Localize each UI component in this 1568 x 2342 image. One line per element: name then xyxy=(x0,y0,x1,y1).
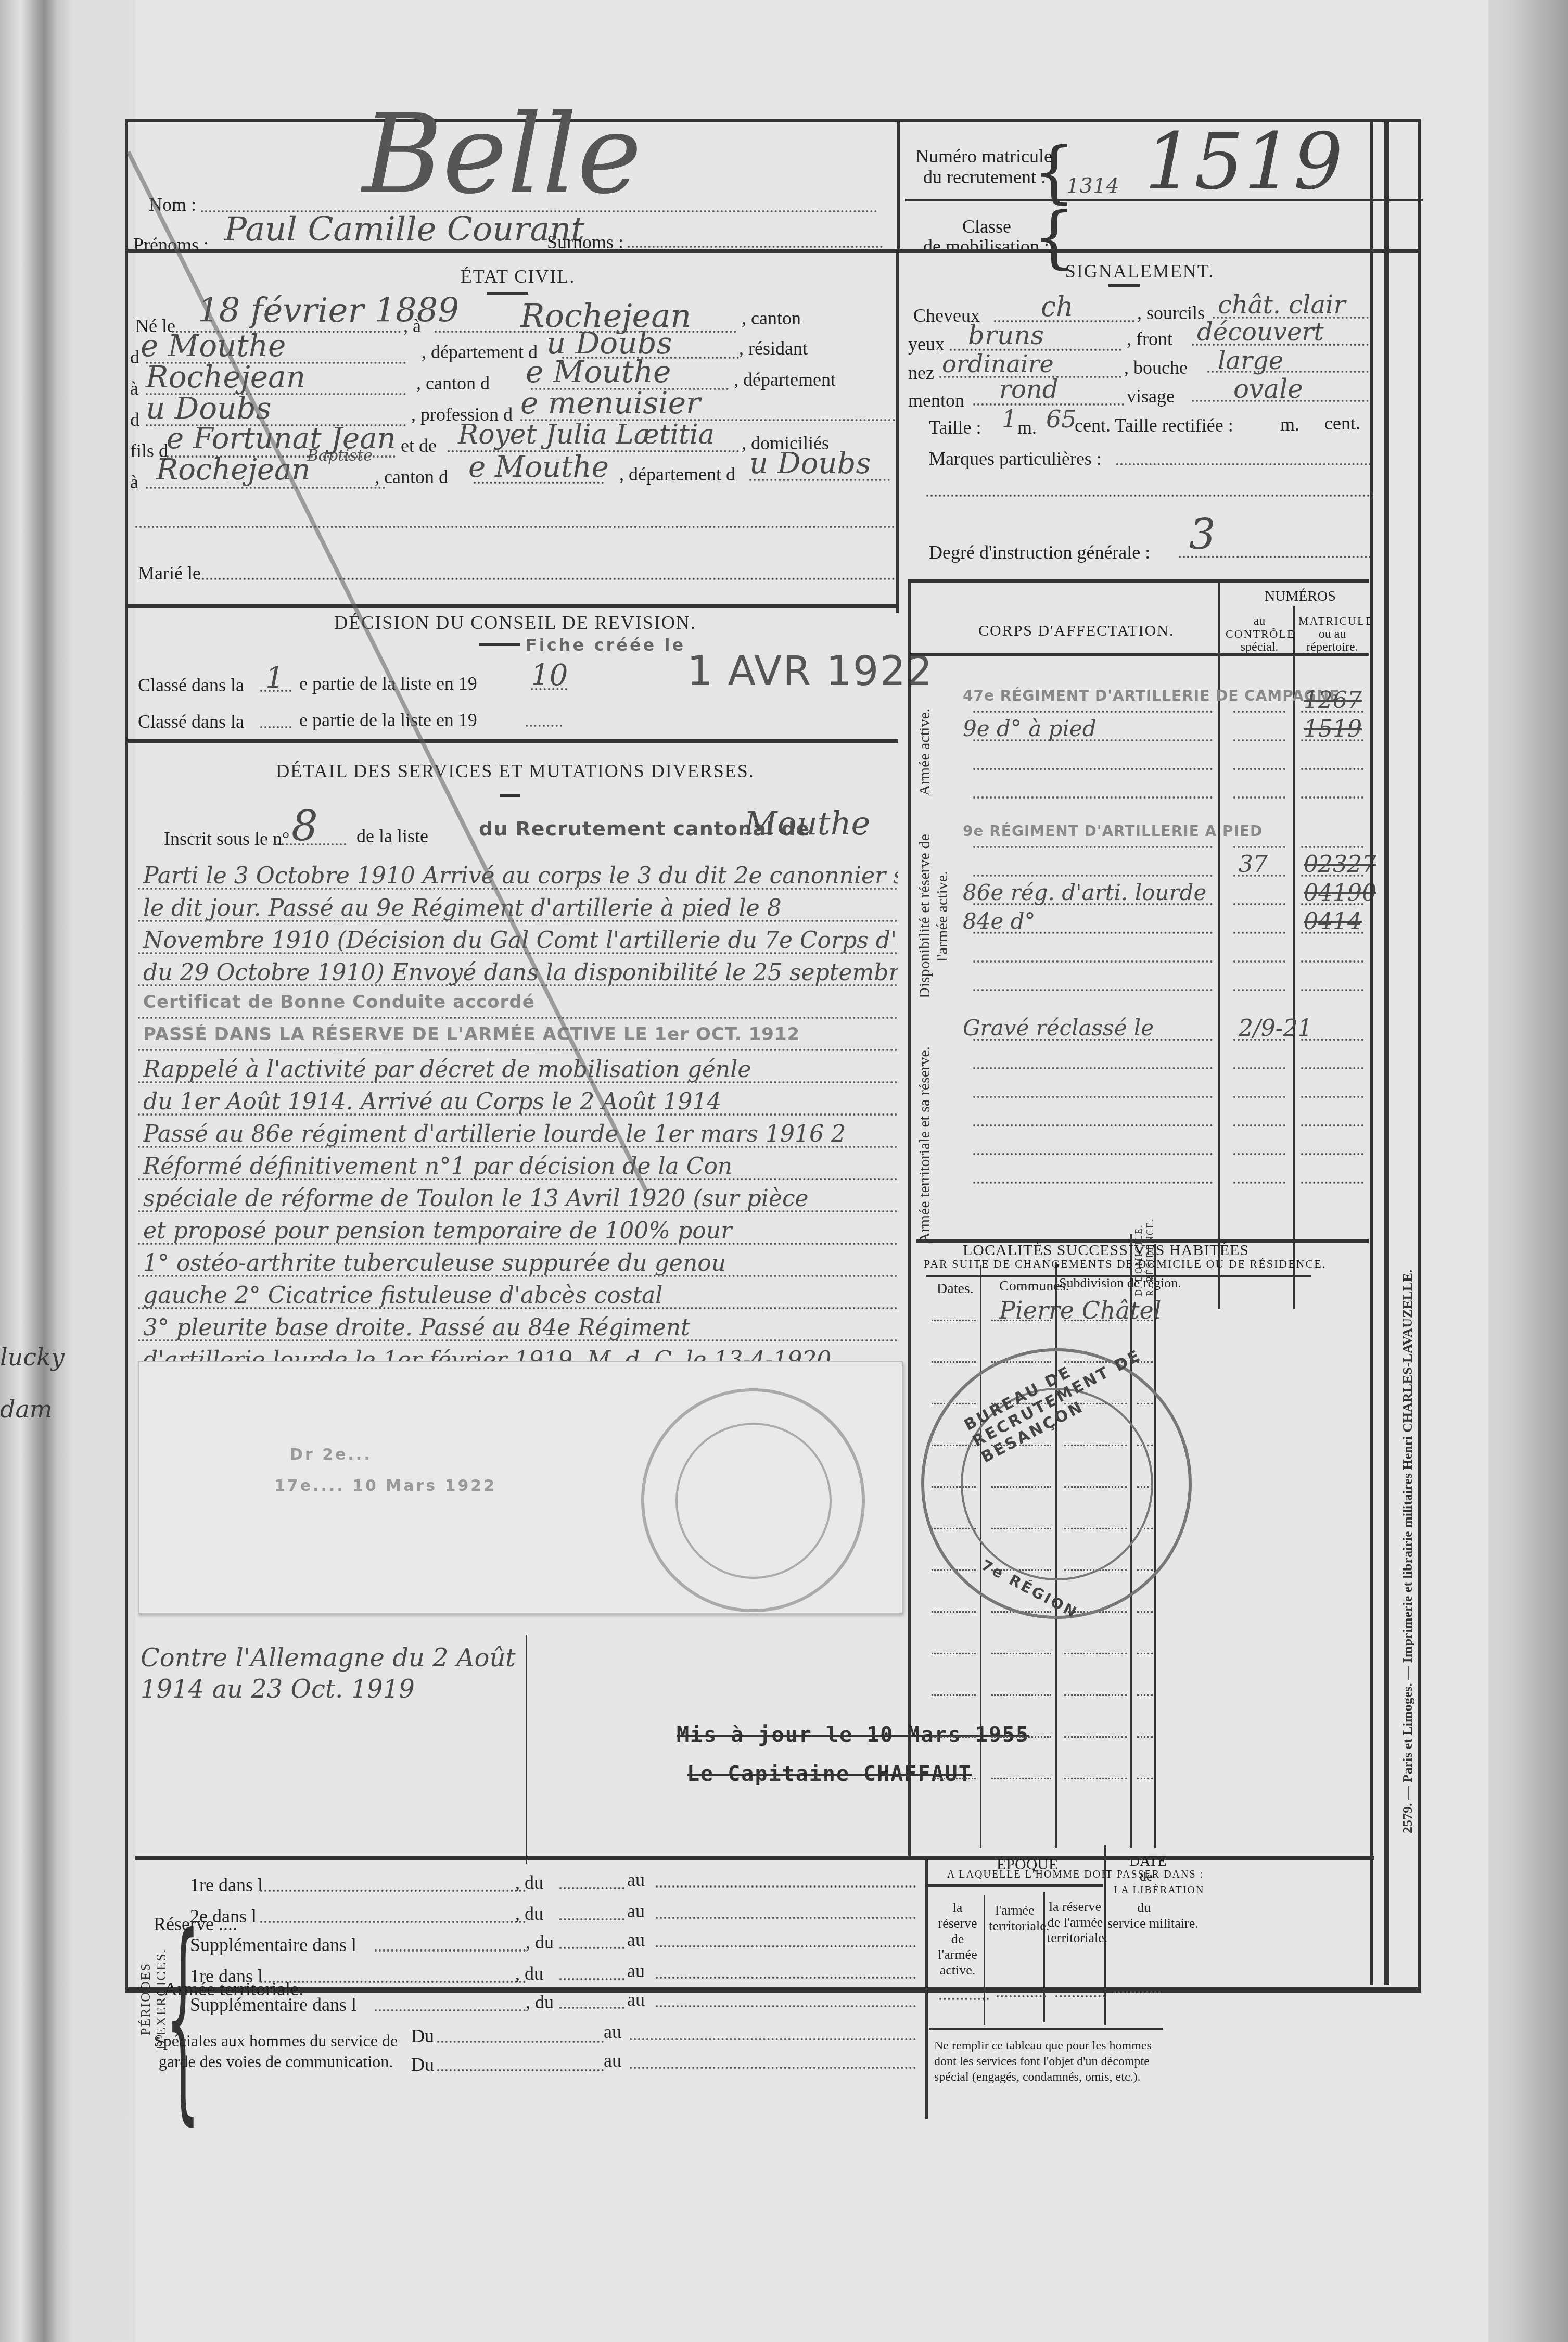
residence-commune: Rochejean xyxy=(146,359,305,395)
localite-field xyxy=(932,1361,976,1363)
inscrit-num: 8 xyxy=(291,802,318,850)
campagne-note: Contre l'Allemagne du 2 Août 1914 au 23 … xyxy=(141,1642,536,1705)
controle-field xyxy=(1233,903,1285,905)
localite-field xyxy=(1064,1320,1127,1321)
corps-value: Gravé réclassé le xyxy=(963,1015,1154,1041)
controle-field xyxy=(1233,960,1285,963)
matricule-field xyxy=(1301,768,1363,770)
corps-field xyxy=(973,1153,1213,1155)
sourcils-value: chât. clair xyxy=(1218,290,1345,320)
corps-field xyxy=(973,1182,1213,1184)
controle-field xyxy=(1233,1096,1285,1098)
epoque-subtitle: A LAQUELLE L'HOMME DOIT PASSER DANS : xyxy=(947,1869,1204,1881)
seal-bureau-recrutement-besancon: BUREAU DE RECRUTEMENT DE BESANÇON 7e RÉG… xyxy=(921,1348,1192,1619)
controle-field xyxy=(1233,711,1285,713)
controle-field xyxy=(1233,1124,1285,1126)
service-line: Passé au 86e régiment d'artillerie lourd… xyxy=(143,1121,898,1147)
localite-field xyxy=(932,1778,976,1779)
instruction-value: 3 xyxy=(1189,510,1216,559)
matricule-value: 1519 xyxy=(1144,117,1343,207)
localites-subtitle: PAR SUITE DE CHANGEMENTS DE DOMICILE OU … xyxy=(924,1257,1326,1271)
service-line: Certificat de Bonne Conduite accordé xyxy=(143,992,898,1012)
residence-canton: e Mouthe xyxy=(526,354,671,389)
residence-departement: u Doubs xyxy=(146,390,271,426)
localite-field xyxy=(1137,1778,1153,1779)
localite-field xyxy=(991,1653,1051,1654)
nez-value: ordinaire xyxy=(942,350,1054,378)
corps-value: 86e rég. d'arti. lourde xyxy=(963,880,1206,905)
controle-field xyxy=(1233,1067,1285,1069)
service-line: le dit jour. Passé au 9e Régiment d'arti… xyxy=(143,895,898,921)
section-label-disponibilite: Disponibilité et réserve de l'armée acti… xyxy=(916,812,958,1020)
service-line: PASSÉ DANS LA RÉSERVE DE L'ARMÉE ACTIVE … xyxy=(143,1024,898,1045)
numeros-title: NUMÉROS xyxy=(1265,588,1336,605)
service-line: 1° ostéo-arthrite tuberculeuse suppurée … xyxy=(143,1250,898,1276)
localite-field xyxy=(932,1736,976,1738)
classe1-partie: 1 xyxy=(265,661,284,695)
matricule-value: 02327 xyxy=(1304,851,1376,878)
matricule-value: 1519 xyxy=(1304,716,1362,742)
localite-field xyxy=(1064,1778,1127,1779)
matricule-faint: 1314 xyxy=(1066,174,1119,198)
matricule-field xyxy=(1301,1182,1363,1184)
controle-field xyxy=(1233,796,1285,799)
localite-field xyxy=(991,1778,1051,1779)
col-dr-2: R. RÉSIDENCE. xyxy=(1145,1244,1156,1296)
service-line: Rappelé à l'activité par décret de mobil… xyxy=(143,1056,898,1083)
service-line: spéciale de réforme de Toulon le 13 Avri… xyxy=(143,1185,898,1212)
section-label-territoriale: Armée territoriale et sa réserve. xyxy=(916,1036,958,1255)
corps-field xyxy=(973,846,1213,848)
epoque-note: Ne remplir ce tableau que pour les homme… xyxy=(934,2038,1163,2085)
matricule-field xyxy=(1301,1124,1363,1126)
corps-field xyxy=(973,1124,1213,1126)
service-line: du 1er Août 1914. Arrivé au Corps le 2 A… xyxy=(143,1088,898,1115)
parents-departement: u Doubs xyxy=(749,447,871,480)
update-stamp-date: Mis à jour le 10 Mars 1955 xyxy=(677,1723,1029,1747)
margin-note: dam xyxy=(0,1395,53,1423)
localite-field xyxy=(932,1611,976,1613)
controle-field xyxy=(1233,739,1285,741)
controle-field xyxy=(1233,1182,1285,1184)
corps-value: 84e d° xyxy=(963,908,1036,934)
matricule-value: 0414 xyxy=(1304,908,1362,935)
controle-field xyxy=(1233,768,1285,770)
controle-field xyxy=(1233,932,1285,934)
localite-field xyxy=(932,1653,976,1654)
matricule-field xyxy=(1301,1067,1363,1069)
controle-value: 37 xyxy=(1239,851,1268,878)
corps-field xyxy=(973,796,1213,799)
marie-label: Marié le xyxy=(138,562,201,584)
parents-canton: e Mouthe xyxy=(468,450,609,484)
service-line: du 29 Octobre 1910) Envoyé dans la dispo… xyxy=(143,959,898,986)
matricule-label-2: du recrutement : xyxy=(923,166,1046,188)
controle-field xyxy=(1233,1153,1285,1155)
matricule-field xyxy=(1301,960,1363,963)
corps-value: 47e RÉGIMENT D'ARTILLERIE DE CAMPAGNE xyxy=(963,687,1340,704)
col-dates: Dates. xyxy=(937,1281,974,1297)
bouche-value: large xyxy=(1218,346,1283,375)
localite-field xyxy=(991,1320,1051,1321)
matricule-field xyxy=(1301,796,1363,799)
signalement-title: SIGNALEMENT. xyxy=(1062,260,1218,282)
localites-title: LOCALITÉS SUCCESSIVES HABITÉES xyxy=(963,1242,1249,1259)
section-label-armee-active: Armée active. xyxy=(916,700,934,804)
service-line: 3° pleurite base droite. Passé au 84e Ré… xyxy=(143,1314,898,1341)
services-title: DÉTAIL DES SERVICES ET MUTATIONS DIVERSE… xyxy=(239,760,791,782)
surname-value: Belle xyxy=(362,91,642,218)
controle-value: 2/9-21 xyxy=(1239,1015,1312,1042)
epoque-col-3: la réserve de l'armée territoriale. xyxy=(1047,1899,1103,1946)
classe-label-2: de mobilisation : xyxy=(923,235,1049,257)
localite-field xyxy=(1137,1611,1153,1613)
update-stamp-officer: Le Capitaine CHAFFAUT xyxy=(687,1762,972,1786)
col-dr: D. DOMICILE. xyxy=(1133,1244,1144,1296)
epoque-col-1: la réserve de l'armée active. xyxy=(932,1900,984,1978)
service-line: gauche 2° Cicatrice fistuleuse d'abcès c… xyxy=(143,1282,898,1309)
matricule-section: Numéro matricule du recrutement : { 1314… xyxy=(897,122,1418,251)
corps-field xyxy=(973,768,1213,770)
corps-field xyxy=(973,711,1213,713)
matricule-field xyxy=(1301,1096,1363,1098)
pasted-slip: Dr 2e... 17e.... 10 Mars 1922 xyxy=(138,1361,903,1614)
prenoms-value: Paul Camille Courant xyxy=(224,210,584,249)
matricule-label: Numéro matricule xyxy=(915,145,1052,167)
corps-field xyxy=(973,1096,1213,1098)
corps-field xyxy=(973,989,1213,991)
service-line: Parti le 3 Octobre 1910 Arrivé au corps … xyxy=(143,863,898,889)
corps-field xyxy=(973,1067,1213,1069)
matricule-field xyxy=(1301,989,1363,991)
etat-civil-title: ÉTAT CIVIL. xyxy=(453,265,583,287)
faded-seal xyxy=(641,1388,865,1612)
corps-value: 9e RÉGIMENT D'ARTILLERIE A PIED xyxy=(963,822,1263,840)
taille-cent-value: 65 xyxy=(1046,405,1077,433)
margin-note: lucky xyxy=(0,1343,65,1371)
col-subdivision: Subdivision de région. xyxy=(1059,1275,1181,1291)
visage-value: ovale xyxy=(1233,374,1303,404)
fiche-stamp: Fiche créée le xyxy=(526,635,685,655)
matricule-value: 1267 xyxy=(1304,687,1362,714)
corps-field xyxy=(973,875,1213,877)
localite-field xyxy=(1064,1694,1127,1696)
name-section: Belle Nom : Prénoms : Paul Camille Coura… xyxy=(128,122,893,251)
menton-value: rond xyxy=(999,375,1058,404)
classe-label: Classe xyxy=(962,216,1011,237)
profession-value: e menuisier xyxy=(520,385,700,421)
controle-field xyxy=(1233,989,1285,991)
corps-title: CORPS D'AFFECTATION. xyxy=(978,622,1174,640)
father-name-suite: Baptiste xyxy=(307,447,373,465)
matricule-field xyxy=(1301,1153,1363,1155)
classe1-annee: 10 xyxy=(531,659,568,692)
localite-field xyxy=(1137,1653,1153,1654)
taille-m-value: 1 xyxy=(1002,405,1017,433)
service-line: et proposé pour pension temporaire de 10… xyxy=(143,1218,898,1244)
mother-name: Royet Julia Lætitia xyxy=(458,419,715,450)
service-line: Réformé définitivement n°1 par décision … xyxy=(143,1153,898,1180)
birth-canton: e Mouthe xyxy=(141,328,286,363)
localite-field xyxy=(991,1694,1051,1696)
surnoms-field xyxy=(628,246,883,248)
front-value: découvert xyxy=(1197,318,1324,347)
localite-field xyxy=(1064,1736,1127,1738)
matricule-value: 04190 xyxy=(1304,880,1376,906)
fiche-date-stamp: 1 AVR 1922 xyxy=(687,648,934,695)
yeux-value: bruns xyxy=(968,320,1044,350)
localite-field xyxy=(932,1320,976,1321)
corps-field xyxy=(973,960,1213,963)
liste-canton: Mouthe xyxy=(744,804,870,842)
printer-credit: 2579. — Paris et Limoges. — Imprimerie e… xyxy=(1400,1229,1416,1874)
localite-field xyxy=(932,1694,976,1696)
cheveux-value: ch xyxy=(1041,292,1074,323)
controle-field xyxy=(1233,846,1285,848)
localite-field xyxy=(1064,1653,1127,1654)
epoque-col-2: l'armée territoriale. xyxy=(989,1903,1041,1934)
localite-field xyxy=(1137,1736,1153,1738)
corps-value: 9e d° à pied xyxy=(963,716,1097,741)
matricule-field xyxy=(1301,846,1363,848)
localite-field xyxy=(1137,1694,1153,1696)
localite-field xyxy=(991,1736,1051,1738)
